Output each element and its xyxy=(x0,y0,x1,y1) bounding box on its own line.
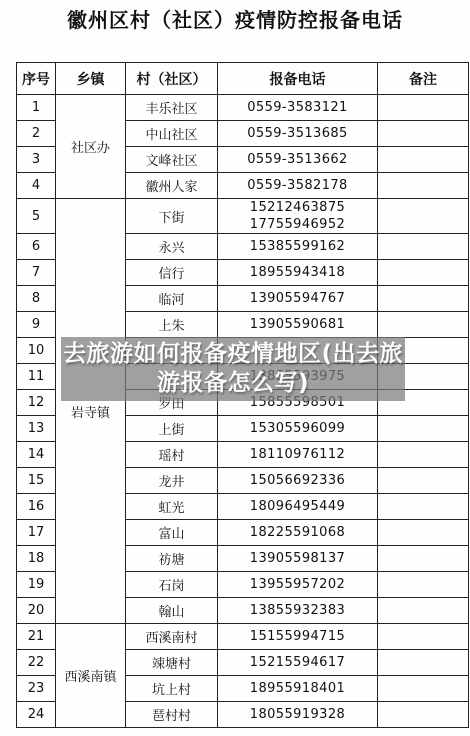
cell-village: 上街 xyxy=(126,416,218,442)
phone-number: 15155994715 xyxy=(218,628,377,645)
cell-village: 临河 xyxy=(126,286,218,312)
cell-note xyxy=(378,147,469,173)
table-row: 5岩寺镇下街1521246387517755946952 xyxy=(17,199,469,234)
cell-serial: 22 xyxy=(17,650,56,676)
cell-note xyxy=(378,121,469,147)
cell-note xyxy=(378,260,469,286)
cell-note xyxy=(378,234,469,260)
header-row: 序号 乡镇 村（社区） 报备电话 备注 xyxy=(17,63,469,95)
cell-note xyxy=(378,598,469,624)
cell-serial: 14 xyxy=(17,442,56,468)
cell-phone: 0559-3582178 xyxy=(218,173,378,199)
phone-number: 0559-3582178 xyxy=(218,177,377,194)
phone-number: 0559-3513685 xyxy=(218,125,377,142)
cell-phone: 1521246387517755946952 xyxy=(218,199,378,234)
cell-serial: 18 xyxy=(17,546,56,572)
cell-serial: 8 xyxy=(17,286,56,312)
cell-village: 徽州人家 xyxy=(126,173,218,199)
cell-village: 下街 xyxy=(126,199,218,234)
cell-serial: 9 xyxy=(17,312,56,338)
cell-village: 瑶村 xyxy=(126,442,218,468)
cell-note xyxy=(378,95,469,121)
cell-serial: 2 xyxy=(17,121,56,147)
cell-note xyxy=(378,416,469,442)
cell-note xyxy=(378,702,469,728)
cell-phone: 18225591068 xyxy=(218,520,378,546)
cell-village: 上朱 xyxy=(126,312,218,338)
cell-note xyxy=(378,520,469,546)
cell-note xyxy=(378,173,469,199)
cell-serial: 20 xyxy=(17,598,56,624)
phone-number: 13955957202 xyxy=(218,576,377,593)
cell-serial: 23 xyxy=(17,676,56,702)
cell-serial: 17 xyxy=(17,520,56,546)
table-body: 1社区办丰乐社区0559-35831212中山社区0559-35136853文峰… xyxy=(17,95,469,728)
cell-serial: 11 xyxy=(17,364,56,390)
page-title: 徽州区村（社区）疫情防控报备电话 xyxy=(0,4,470,33)
table-header: 序号 乡镇 村（社区） 报备电话 备注 xyxy=(17,63,469,95)
watermark-line-2: 游报备怎么写) xyxy=(61,369,405,398)
cell-phone: 13905594767 xyxy=(218,286,378,312)
phone-number: 0559-3513662 xyxy=(218,151,377,168)
cell-serial: 12 xyxy=(17,390,56,416)
cell-village: 祊塘 xyxy=(126,546,218,572)
cell-village: 龙井 xyxy=(126,468,218,494)
header-village: 村（社区） xyxy=(126,63,218,95)
cell-serial: 5 xyxy=(17,199,56,234)
cell-village: 竦塘村 xyxy=(126,650,218,676)
phone-number: 13905598137 xyxy=(218,550,377,567)
cell-village: 富山 xyxy=(126,520,218,546)
phone-number: 18110976112 xyxy=(218,446,377,463)
cell-phone: 13955957202 xyxy=(218,572,378,598)
header-note: 备注 xyxy=(378,63,469,95)
cell-village: 永兴 xyxy=(126,234,218,260)
cell-note xyxy=(378,546,469,572)
cell-phone: 18055919328 xyxy=(218,702,378,728)
phone-number: 15385599162 xyxy=(218,238,377,255)
cell-town: 社区办 xyxy=(56,95,126,199)
cell-town: 岩寺镇 xyxy=(56,199,126,624)
cell-village: 文峰社区 xyxy=(126,147,218,173)
phone-number: 18225591068 xyxy=(218,524,377,541)
cell-phone: 15056692336 xyxy=(218,468,378,494)
cell-village: 琶村村 xyxy=(126,702,218,728)
phone-number: 18055919328 xyxy=(218,706,377,723)
phone-number: 15215594617 xyxy=(218,654,377,671)
header-phone: 报备电话 xyxy=(218,63,378,95)
cell-phone: 13905590681 xyxy=(218,312,378,338)
cell-phone: 13855932383 xyxy=(218,598,378,624)
cell-phone: 15305596099 xyxy=(218,416,378,442)
phone-number: 18955918401 xyxy=(218,680,377,697)
cell-serial: 13 xyxy=(17,416,56,442)
header-serial: 序号 xyxy=(17,63,56,95)
phone-number: 13905594767 xyxy=(218,290,377,307)
cell-serial: 15 xyxy=(17,468,56,494)
cell-note xyxy=(378,650,469,676)
phone-number: 18096495449 xyxy=(218,498,377,515)
cell-note xyxy=(378,494,469,520)
cell-phone: 13905598137 xyxy=(218,546,378,572)
cell-note xyxy=(378,676,469,702)
cell-note xyxy=(378,468,469,494)
cell-village: 丰乐社区 xyxy=(126,95,218,121)
cell-serial: 6 xyxy=(17,234,56,260)
cell-note xyxy=(378,199,469,234)
cell-phone: 15385599162 xyxy=(218,234,378,260)
page: 徽州区村（社区）疫情防控报备电话 序号 乡镇 村（社区） 报备电话 备注 1社区… xyxy=(0,0,470,736)
phone-number: 0559-3583121 xyxy=(218,99,377,116)
cell-village: 中山社区 xyxy=(126,121,218,147)
cell-serial: 16 xyxy=(17,494,56,520)
phone-number: 13905590681 xyxy=(218,316,377,333)
cell-serial: 19 xyxy=(17,572,56,598)
table-row: 1社区办丰乐社区0559-3583121 xyxy=(17,95,469,121)
cell-serial: 10 xyxy=(17,338,56,364)
cell-phone: 15215594617 xyxy=(218,650,378,676)
table-row: 21西溪南镇西溪南村15155994715 xyxy=(17,624,469,650)
phone-number: 13855932383 xyxy=(218,602,377,619)
cell-serial: 3 xyxy=(17,147,56,173)
cell-note xyxy=(378,286,469,312)
cell-phone: 18110976112 xyxy=(218,442,378,468)
cell-serial: 21 xyxy=(17,624,56,650)
cell-village: 信行 xyxy=(126,260,218,286)
header-town: 乡镇 xyxy=(56,63,126,95)
cell-town: 西溪南镇 xyxy=(56,624,126,728)
phone-number: 18955943418 xyxy=(218,264,377,281)
watermark-title-overlay: 去旅游如何报备疫情地区(出去旅 游报备怎么写) xyxy=(61,337,405,401)
cell-phone: 18096495449 xyxy=(218,494,378,520)
cell-phone: 0559-3513662 xyxy=(218,147,378,173)
phone-number: 17755946952 xyxy=(218,216,377,233)
cell-phone: 0559-3513685 xyxy=(218,121,378,147)
cell-village: 坑上村 xyxy=(126,676,218,702)
cell-serial: 4 xyxy=(17,173,56,199)
cell-village: 虹光 xyxy=(126,494,218,520)
cell-note xyxy=(378,312,469,338)
watermark-line-1: 去旅游如何报备疫情地区(出去旅 xyxy=(61,340,405,369)
cell-serial: 24 xyxy=(17,702,56,728)
cell-village: 石岗 xyxy=(126,572,218,598)
cell-village: 翰山 xyxy=(126,598,218,624)
cell-phone: 18955918401 xyxy=(218,676,378,702)
phone-number: 15305596099 xyxy=(218,420,377,437)
cell-village: 西溪南村 xyxy=(126,624,218,650)
cell-serial: 7 xyxy=(17,260,56,286)
cell-note xyxy=(378,442,469,468)
phone-number: 15056692336 xyxy=(218,472,377,489)
cell-phone: 18955943418 xyxy=(218,260,378,286)
cell-phone: 15155994715 xyxy=(218,624,378,650)
cell-serial: 1 xyxy=(17,95,56,121)
cell-phone: 0559-3583121 xyxy=(218,95,378,121)
cell-note xyxy=(378,572,469,598)
cell-note xyxy=(378,624,469,650)
phone-number: 15212463875 xyxy=(218,199,377,216)
